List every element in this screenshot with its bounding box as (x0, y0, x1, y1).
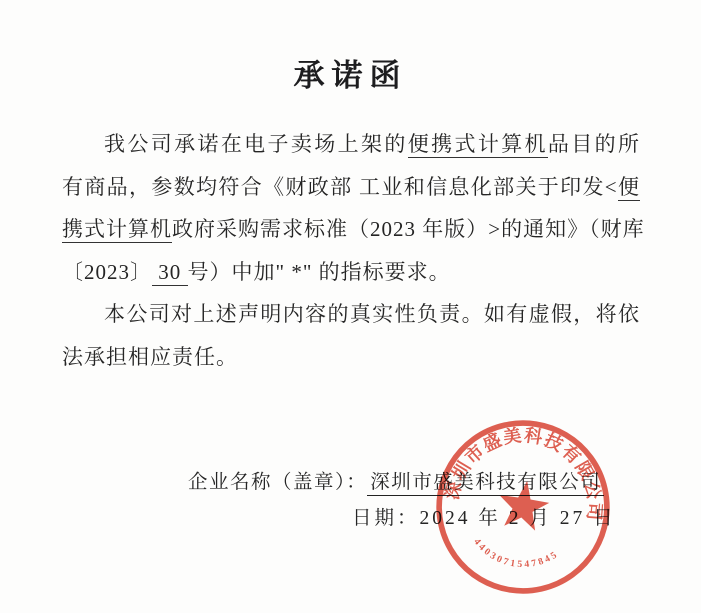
text-run: 品目的所 (548, 132, 640, 156)
page-title: 承诺函 (0, 50, 701, 95)
body-line-3: 携式计算机政府采购需求标准（2023 年版）>的通知》（财库 (62, 208, 640, 251)
body-line-4: 〔2023〕 30 号）中加" *" 的指标要求。 (62, 251, 640, 294)
body-line-5: 本公司对上述声明内容的真实性负责。如有虚假，将依 (62, 293, 640, 336)
date-label: 日期： (352, 508, 420, 529)
company-name-line: 企业名称（盖章）：深圳市盛美科技有限公司 (188, 466, 604, 494)
company-name: 深圳市盛美科技有限公司 (367, 472, 604, 496)
underlined-term: 携式计算机 (62, 217, 172, 243)
date-value: 2024 年 2 月 27 日 (420, 508, 616, 529)
underlined-term: 便 (618, 175, 640, 201)
text-run: 我公司承诺在电子卖场上架的 (104, 132, 408, 156)
body-line-6: 法承担相应责任。 (62, 336, 640, 379)
text-run: 号）中加" *" 的指标要求。 (188, 260, 451, 284)
text-run: 〔2023〕 (62, 260, 152, 284)
text-run: 法承担相应责任。 (62, 345, 238, 369)
company-label: 企业名称（盖章）： (188, 472, 367, 493)
body-line-1: 我公司承诺在电子卖场上架的便携式计算机品目的所 (62, 123, 640, 166)
text-run: 有商品，参数均符合《财政部 工业和信息化部关于印发< (62, 175, 618, 199)
text-run: 政府采购需求标准（2023 年版）>的通知》（财库 (172, 217, 645, 241)
underlined-term: 便携式计算机 (408, 132, 548, 158)
text-run: 本公司对上述声明内容的真实性负责。如有虚假，将依 (104, 302, 640, 326)
body-line-2: 有商品，参数均符合《财政部 工业和信息化部关于印发<便 (62, 166, 640, 209)
seal-number-arc-text: 4403071547845 (468, 535, 562, 576)
date-line: 日期：2024 年 2 月 27 日 (352, 502, 616, 530)
letter-body: 我公司承诺在电子卖场上架的便携式计算机品目的所 有商品，参数均符合《财政部 工业… (62, 123, 640, 378)
underlined-number: 30 (152, 260, 188, 286)
document-page: 承诺函 我公司承诺在电子卖场上架的便携式计算机品目的所 有商品，参数均符合《财政… (0, 0, 701, 613)
